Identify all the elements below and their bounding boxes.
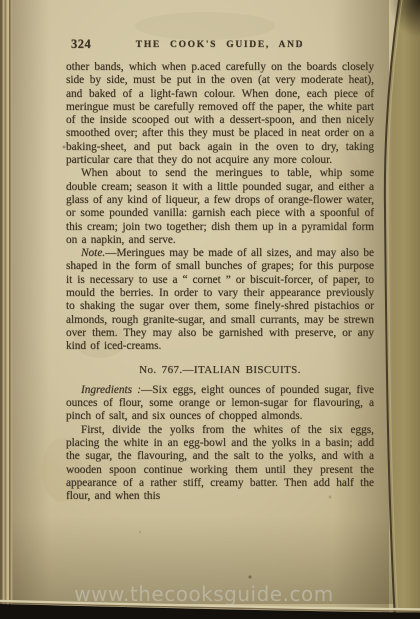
text-column: other bands, which when p.aced carefully… — [66, 61, 374, 504]
scanned-book-page-photo: 324 THE COOK'S GUIDE, AND other bands, w… — [0, 0, 420, 619]
paragraph-meringue-serving: When about to send the meringues to tabl… — [66, 167, 374, 247]
running-header-title: THE COOK'S GUIDE, AND — [66, 37, 374, 50]
note-text: —Meringues may be made of all sizes, and… — [66, 247, 374, 352]
watermark: www.thecooksguide.com — [30, 582, 378, 606]
ingredients-paragraph: Ingredients :—Six eggs, eight ounces of … — [66, 384, 374, 424]
ingredients-lead: Ingredients : — [81, 384, 141, 396]
note-paragraph: Note.—Meringues may be made of all sizes… — [66, 247, 374, 353]
page-number: 324 — [71, 37, 91, 52]
method-paragraph: First, divide the yolks from the whites … — [66, 424, 374, 504]
printed-text-layer: 324 THE COOK'S GUIDE, AND other bands, w… — [0, 0, 420, 619]
recipe-heading: No. 767.—ITALIAN BISCUITS. — [66, 364, 374, 377]
paragraph-meringue-baking: other bands, which when p.aced carefully… — [66, 61, 374, 167]
running-header: 324 THE COOK'S GUIDE, AND — [66, 37, 374, 55]
note-lead: Note. — [81, 247, 105, 259]
